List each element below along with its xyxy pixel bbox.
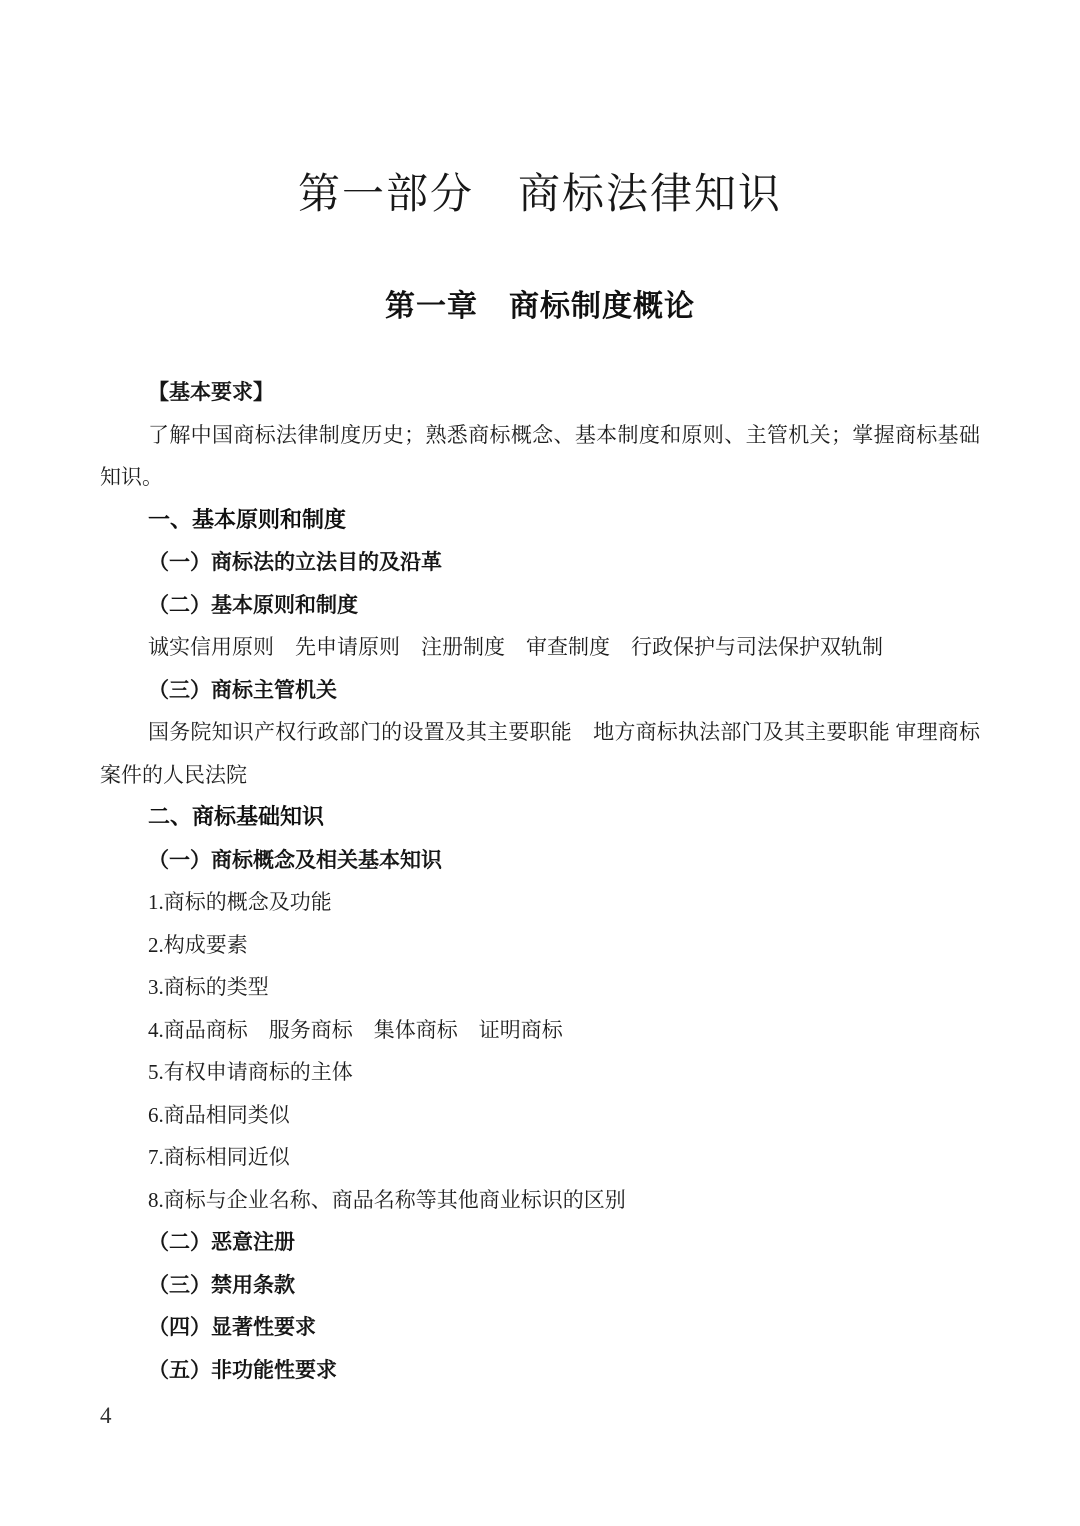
outline-line: 3.商标的类型 — [100, 966, 980, 1009]
outline-line: 国务院知识产权行政部门的设置及其主要职能 地方商标执法部门及其主要职能 审理商标… — [100, 711, 980, 796]
outline-line: 2.构成要素 — [100, 924, 980, 967]
outline-line: （三）商标主管机关 — [100, 669, 980, 712]
outline-line: （五）非功能性要求 — [100, 1349, 980, 1392]
basic-requirements-paragraph: 了解中国商标法律制度历史；熟悉商标概念、基本制度和原则、主管机关；掌握商标基础知… — [100, 414, 980, 499]
syllabus-outline: 一、基本原则和制度（一）商标法的立法目的及沿革（二）基本原则和制度诚实信用原则 … — [100, 499, 980, 1392]
chapter-title: 第一章 商标制度概论 — [100, 289, 980, 325]
outline-line: 8.商标与企业名称、商品名称等其他商业标识的区别 — [100, 1179, 980, 1222]
outline-line: （一）商标法的立法目的及沿革 — [100, 541, 980, 584]
document-content: 第一部分 商标法律知识 第一章 商标制度概论 【基本要求】 了解中国商标法律制度… — [100, 0, 980, 1391]
outline-line: （四）显著性要求 — [100, 1306, 980, 1349]
page-number: 4 — [100, 1402, 112, 1430]
outline-line: 二、商标基础知识 — [100, 796, 980, 839]
outline-line: （一）商标概念及相关基本知识 — [100, 839, 980, 882]
part-title: 第一部分 商标法律知识 — [100, 170, 980, 220]
outline-line: 4.商品商标 服务商标 集体商标 证明商标 — [100, 1009, 980, 1052]
outline-line: 1.商标的概念及功能 — [100, 881, 980, 924]
outline-line: （三）禁用条款 — [100, 1264, 980, 1307]
outline-line: 5.有权申请商标的主体 — [100, 1051, 980, 1094]
outline-line: （二）恶意注册 — [100, 1221, 980, 1264]
outline-line: 诚实信用原则 先申请原则 注册制度 审查制度 行政保护与司法保护双轨制 — [100, 626, 980, 669]
body-text: 【基本要求】 了解中国商标法律制度历史；熟悉商标概念、基本制度和原则、主管机关；… — [100, 371, 980, 1391]
outline-line: 一、基本原则和制度 — [100, 499, 980, 542]
document-page: 第一部分 商标法律知识 第一章 商标制度概论 【基本要求】 了解中国商标法律制度… — [0, 0, 1080, 1526]
outline-line: 7.商标相同近似 — [100, 1136, 980, 1179]
outline-line: （二）基本原则和制度 — [100, 584, 980, 627]
basic-requirements-label: 【基本要求】 — [100, 371, 980, 414]
outline-line: 6.商品相同类似 — [100, 1094, 980, 1137]
